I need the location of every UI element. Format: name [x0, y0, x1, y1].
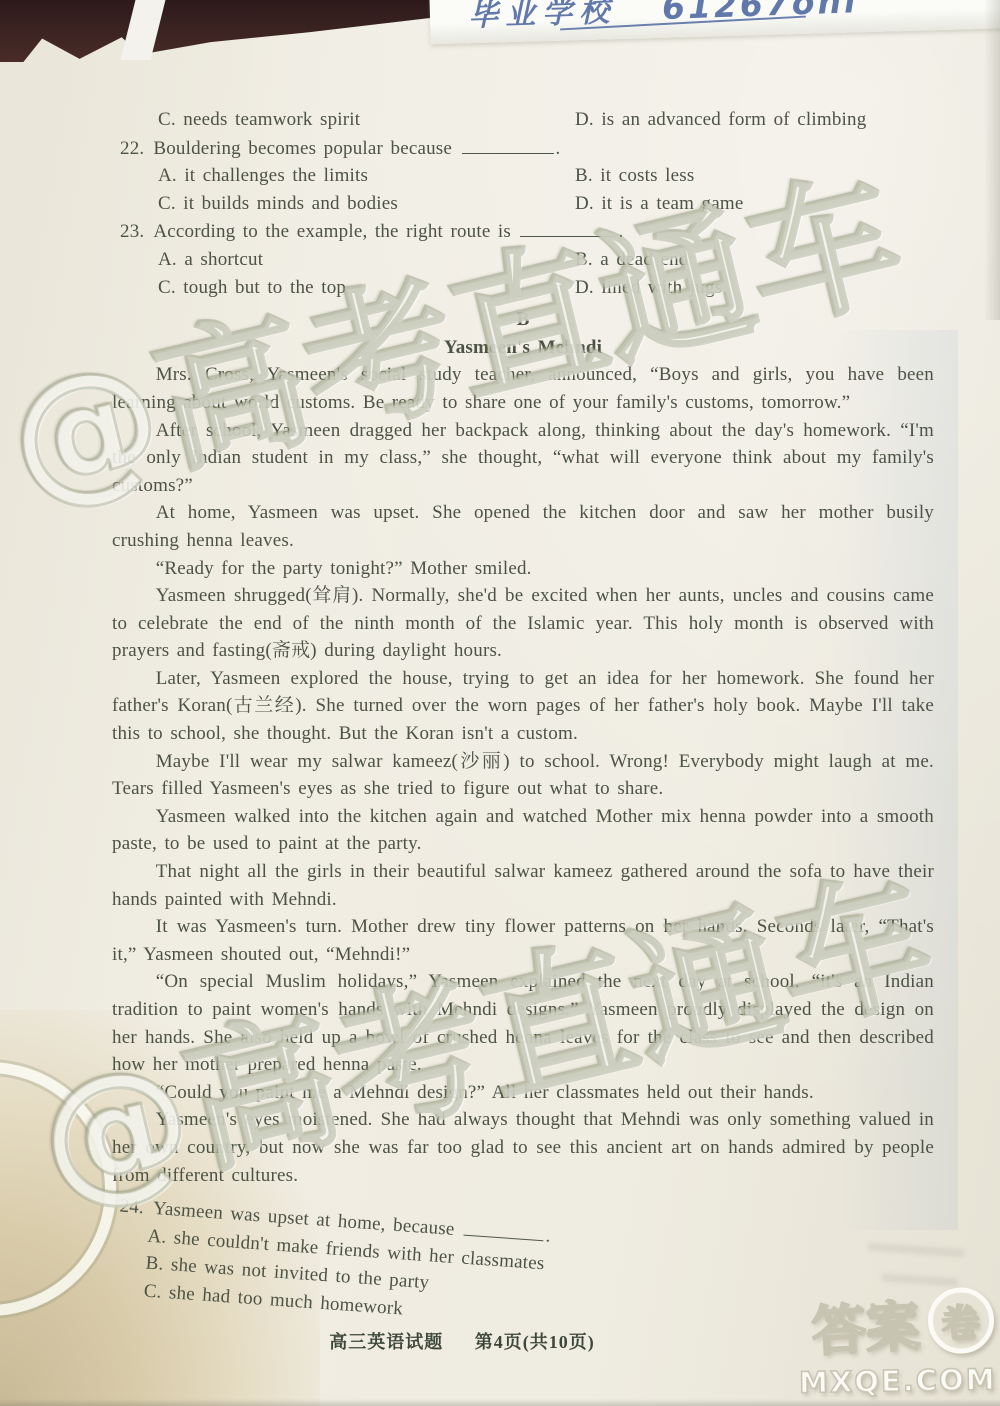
passage-paragraph: After school, Yasmeen dragged her backpa… [112, 417, 934, 500]
question-22-options-row: C. it builds minds and bodies D. it is a… [112, 190, 934, 218]
passage-paragraph: Maybe I'll wear my salwar kameez(沙丽) to … [112, 748, 934, 803]
brand-logo-characters: 答案 [809, 1284, 921, 1367]
option-b: B. it costs less [530, 162, 934, 190]
stem-period: . [556, 138, 561, 159]
stem-period: . [545, 1226, 551, 1247]
brand-circle-badge: 卷 [925, 1285, 994, 1354]
passage-paragraph: Yasmeen walked into the kitchen again an… [112, 803, 934, 858]
question-23-options-row: C. tough but to the top D. lined with ju… [112, 274, 934, 302]
option-a: A. it challenges the limits [112, 162, 530, 190]
option-b: B. a dead end [530, 246, 934, 274]
answer-blank [520, 217, 616, 237]
passage-paragraph: Yasmeen's eyes moistened. She had always… [112, 1106, 934, 1189]
page-footer: 高三英语试题 第4页(共10页) [112, 1328, 812, 1354]
question-23-options-row: A. a shortcut B. a dead end [112, 246, 934, 274]
question-number: 22. [120, 138, 144, 159]
brand-circle-character: 卷 [940, 1292, 981, 1349]
question-text: According to the example, the right rout… [153, 221, 511, 242]
question-text: Bouldering becomes popular because [153, 138, 452, 159]
option-d: D. lined with jugs [530, 274, 934, 302]
option-c: C. tough but to the top [112, 274, 530, 302]
exam-content-column: C. needs teamwork spirit D. is an advanc… [112, 106, 934, 1304]
passage-paragraph: At home, Yasmeen was upset. She opened t… [112, 499, 934, 554]
option-a: A. a shortcut [112, 246, 530, 274]
passage-paragraph: Yasmeen shrugged(耸肩). Normally, she'd be… [112, 582, 934, 665]
option-d: D. is an advanced form of climbing [530, 106, 934, 134]
question-number: 24. [119, 1196, 145, 1219]
passage-paragraph: “Could you paint me a Mehndi design?” Al… [112, 1079, 934, 1107]
answer-blank [464, 1216, 545, 1242]
question-23-stem: 23.According to the example, the right r… [112, 217, 934, 246]
photo-backdrop-top-left [0, 0, 468, 62]
passage-paragraph: “On special Muslim holidays,” Yasmeen ex… [112, 968, 934, 1078]
stem-period: . [618, 221, 623, 242]
passage-paragraph: That night all the girls in their beauti… [112, 858, 934, 913]
scanned-exam-page: { "questions": { "top_row": { "left": "C… [0, 0, 1000, 1406]
option-c: C. it builds minds and bodies [112, 190, 530, 218]
footer-page-info: 第4页(共10页) [475, 1332, 595, 1352]
passage-paragraph: “Ready for the party tonight?” Mother sm… [112, 555, 934, 583]
passage-title: Yasmeen's Mehndi [112, 334, 934, 362]
footer-doc-title: 高三英语试题 [329, 1332, 443, 1352]
question-number: 23. [120, 221, 144, 242]
section-letter: B [112, 306, 934, 334]
passage-paragraph: Later, Yasmeen explored the house, tryin… [112, 665, 934, 748]
answer-site-brand: 答案 卷 MXQE.COM [794, 1280, 997, 1403]
passage-paragraph: It was Yasmeen's turn. Mother drew tiny … [112, 913, 934, 968]
option-c: C. needs teamwork spirit [112, 106, 530, 134]
question-22-options-row: A. it challenges the limits B. it costs … [112, 162, 934, 190]
handwriting-text: 毕业学校 [468, 0, 617, 34]
brand-site-url: MXQE.COM [798, 1362, 996, 1399]
paper-right-edge-shadow [984, 0, 1000, 320]
passage-paragraph: Mrs. Cross, Yasmeen's social study teach… [112, 361, 934, 416]
question-22-stem: 22.Bouldering becomes popular because . [112, 134, 934, 163]
option-d: D. it is a team game [530, 190, 934, 218]
answer-blank [462, 134, 554, 154]
brand-logo-row: 答案 卷 [794, 1280, 995, 1367]
question-21-options-row: C. needs teamwork spirit D. is an advanc… [112, 106, 934, 134]
